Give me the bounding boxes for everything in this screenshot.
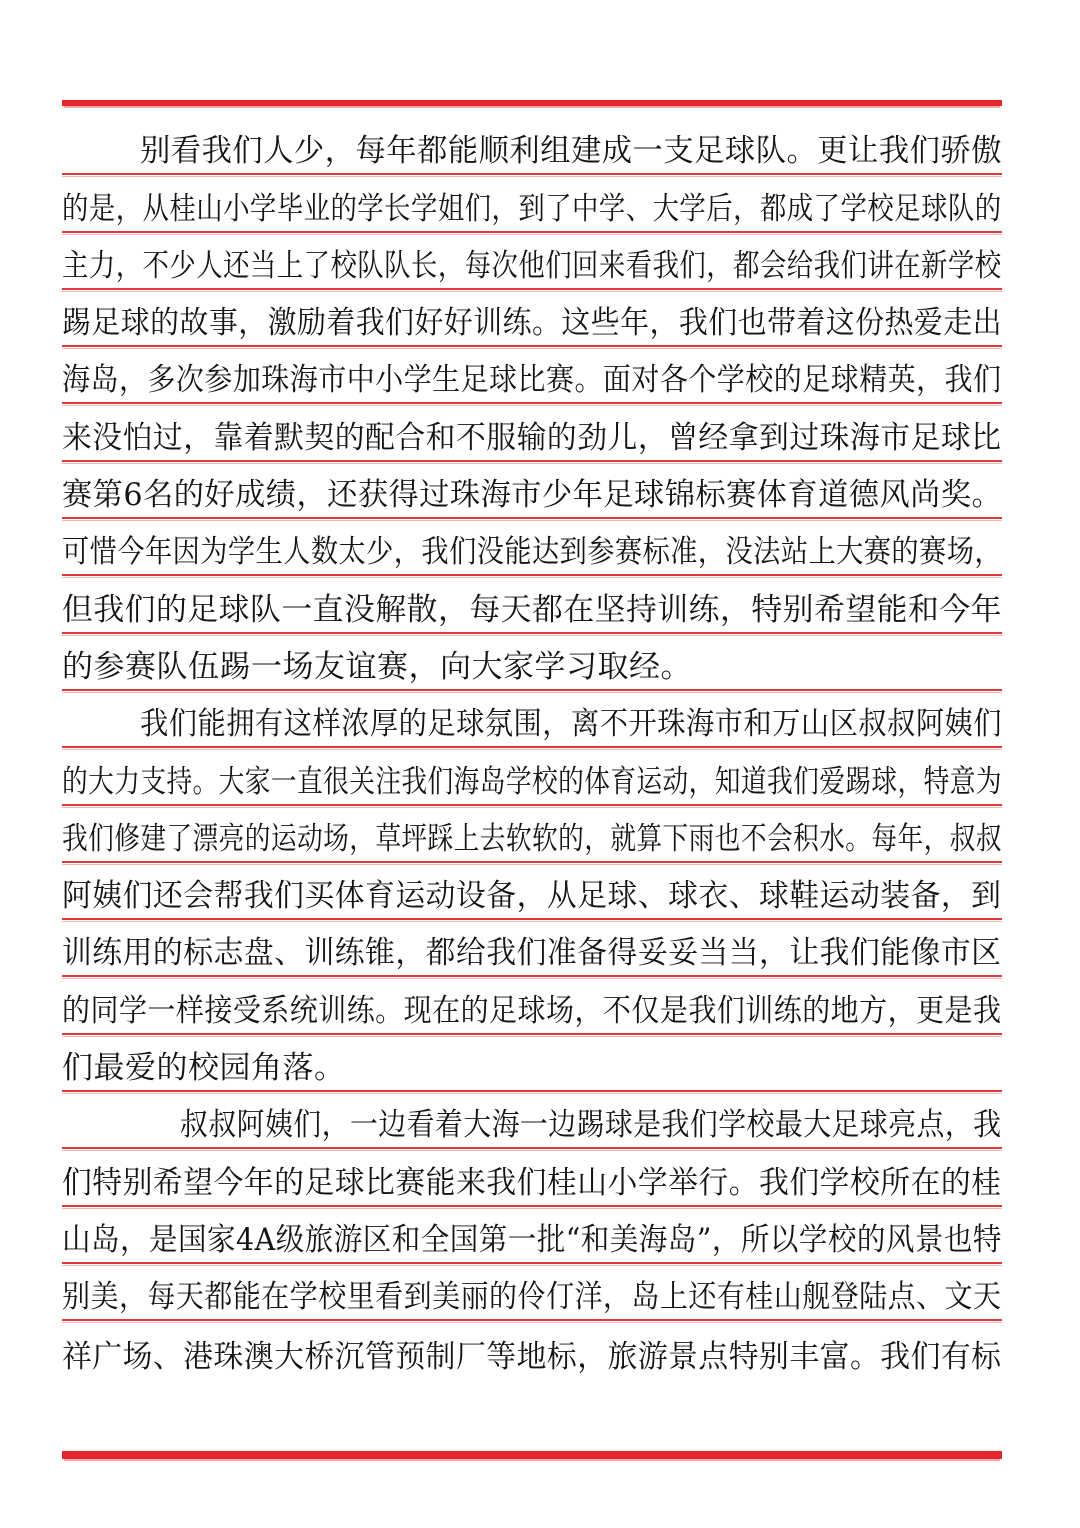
handwritten-line: 的同学一样接受系统训练。现在的足球场，不仅是我们训练的地方，更是我 — [62, 977, 1002, 1034]
handwritten-page: 别看我们人少，每年都能顺利组建成一支足球队。更让我们骄傲的是，从桂山小学毕业的学… — [0, 0, 1080, 1528]
handwritten-line-text: 别美，每天都能在学校里看到美丽的伶仃洋，岛上还有桂山舰登陆点、文天 — [62, 1282, 1002, 1313]
handwritten-line: 叔叔阿姨们，一边看着大海一边踢球是我们学校最大足球亮点，我 — [62, 1092, 1002, 1149]
handwritten-line: 别美，每天都能在学校里看到美丽的伶仃洋，岛上还有桂山舰登陆点、文天 — [62, 1264, 1002, 1321]
handwritten-line: 海岛，多次参加珠海市中小学生足球比赛。面对各个学校的足球精英，我们 — [62, 347, 1002, 404]
handwritten-line: 训练用的标志盘、训练锥，都给我们准备得妥妥当当，让我们能像市区 — [62, 920, 1002, 977]
handwritten-line-text: 主力，不少人还当上了校队队长，每次他们回来看我们，都会给我们讲在新学校 — [62, 251, 1002, 282]
handwritten-line: 的大力支持。大家一直很关注我们海岛学校的体育运动，知道我们爱踢球，特意为 — [62, 748, 1002, 805]
handwritten-line-text: 我们能拥有这样浓厚的足球氛围，离不开珠海市和万山区叔叔阿姨们 — [140, 709, 1002, 740]
handwritten-line: 主力，不少人还当上了校队队长，每次他们回来看我们，都会给我们讲在新学校 — [62, 233, 1002, 290]
handwritten-line: 的是，从桂山小学毕业的学长学姐们，到了中学、大学后，都成了学校足球队的 — [62, 175, 1002, 232]
top-red-rule — [62, 100, 1002, 106]
handwritten-line-text: 山岛，是国家4A级旅游区和全国第一批“和美海岛”，所以学校的风景也特 — [62, 1225, 1002, 1256]
handwritten-line: 阿姨们还会帮我们买体育运动设备，从足球、球衣、球鞋运动装备，到 — [62, 863, 1002, 920]
handwritten-line-text: 踢足球的故事，激励着我们好好训练。这些年，我们也带着这份热爱走出 — [62, 308, 1002, 339]
handwritten-line: 踢足球的故事，激励着我们好好训练。这些年，我们也带着这份热爱走出 — [62, 290, 1002, 347]
handwritten-line: 赛第6名的好成绩，还获得过珠海市少年足球锦标赛体育道德风尚奖。 — [62, 462, 1002, 519]
handwritten-line-text: 祥广场、港珠澳大桥沉管预制厂等地标，旅游景点特别丰富。我们有标 — [62, 1342, 1001, 1373]
bottom-red-rule — [62, 1451, 1002, 1459]
handwritten-line-text: 的参赛队伍踢一场友谊赛，向大家学习取经。 — [62, 652, 692, 683]
handwritten-line: 别看我们人少，每年都能顺利组建成一支足球队。更让我们骄傲 — [62, 118, 1002, 175]
handwritten-line: 来没怕过，靠着默契的配合和不服输的劲儿，曾经拿到过珠海市足球比 — [62, 404, 1002, 461]
handwritten-line-text: 的是，从桂山小学毕业的学长学姐们，到了中学、大学后，都成了学校足球队的 — [62, 194, 1002, 225]
handwritten-line: 我们修建了漂亮的运动场，草坪踩上去软软的，就算下雨也不会积水。每年，叔叔 — [62, 806, 1002, 863]
handwritten-line: 我们能拥有这样浓厚的足球氛围，离不开珠海市和万山区叔叔阿姨们 — [62, 691, 1002, 748]
handwritten-line-text: 别看我们人少，每年都能顺利组建成一支足球队。更让我们骄傲 — [140, 136, 1002, 167]
handwritten-line: 的参赛队伍踢一场友谊赛，向大家学习取经。 — [62, 634, 1002, 691]
handwritten-line-text: 来没怕过，靠着默契的配合和不服输的劲儿，曾经拿到过珠海市足球比 — [62, 423, 1001, 454]
handwritten-line-text: 的大力支持。大家一直很关注我们海岛学校的体育运动，知道我们爱踢球，特意为 — [62, 767, 1002, 798]
handwritten-line: 可惜今年因为学生人数太少，我们没能达到参赛标准，没法站上大赛的赛场， — [62, 519, 1002, 576]
handwritten-line-text: 可惜今年因为学生人数太少，我们没能达到参赛标准，没法站上大赛的赛场， — [62, 537, 1002, 568]
handwritten-line-text: 赛第6名的好成绩，还获得过珠海市少年足球锦标赛体育道德风尚奖。 — [62, 480, 1002, 511]
handwritten-line-text: 们特别希望今年的足球比赛能来我们桂山小学举行。我们学校所在的桂 — [62, 1168, 1001, 1199]
handwritten-line-text: 我们修建了漂亮的运动场，草坪踩上去软软的，就算下雨也不会积水。每年，叔叔 — [62, 824, 1002, 855]
handwritten-line-text: 叔叔阿姨们，一边看着大海一边踢球是我们学校最大足球亮点，我 — [180, 1110, 1002, 1141]
handwritten-line-text: 的同学一样接受系统训练。现在的足球场，不仅是我们训练的地方，更是我 — [62, 996, 1002, 1027]
handwritten-line-text: 但我们的足球队一直没解散，每天都在坚持训练，特别希望能和今年 — [62, 595, 1002, 626]
handwritten-line-text: 海岛，多次参加珠海市中小学生足球比赛。面对各个学校的足球精英，我们 — [62, 365, 1002, 396]
handwritten-line-text: 训练用的标志盘、训练锥，都给我们准备得妥妥当当，让我们能像市区 — [62, 938, 1001, 969]
handwritten-line: 们最爱的校园角落。 — [62, 1035, 1002, 1092]
handwritten-line: 山岛，是国家4A级旅游区和全国第一批“和美海岛”，所以学校的风景也特 — [62, 1207, 1002, 1264]
ruled-lines-container: 别看我们人少，每年都能顺利组建成一支足球队。更让我们骄傲的是，从桂山小学毕业的学… — [62, 118, 1002, 1379]
handwritten-line-text: 阿姨们还会帮我们买体育运动设备，从足球、球衣、球鞋运动装备，到 — [62, 881, 1001, 912]
handwritten-line: 祥广场、港珠澳大桥沉管预制厂等地标，旅游景点特别丰富。我们有标 — [62, 1321, 1002, 1378]
handwritten-line: 们特别希望今年的足球比赛能来我们桂山小学举行。我们学校所在的桂 — [62, 1149, 1002, 1206]
handwritten-line: 但我们的足球队一直没解散，每天都在坚持训练，特别希望能和今年 — [62, 576, 1002, 633]
handwritten-line-text: 们最爱的校园角落。 — [62, 1053, 346, 1084]
